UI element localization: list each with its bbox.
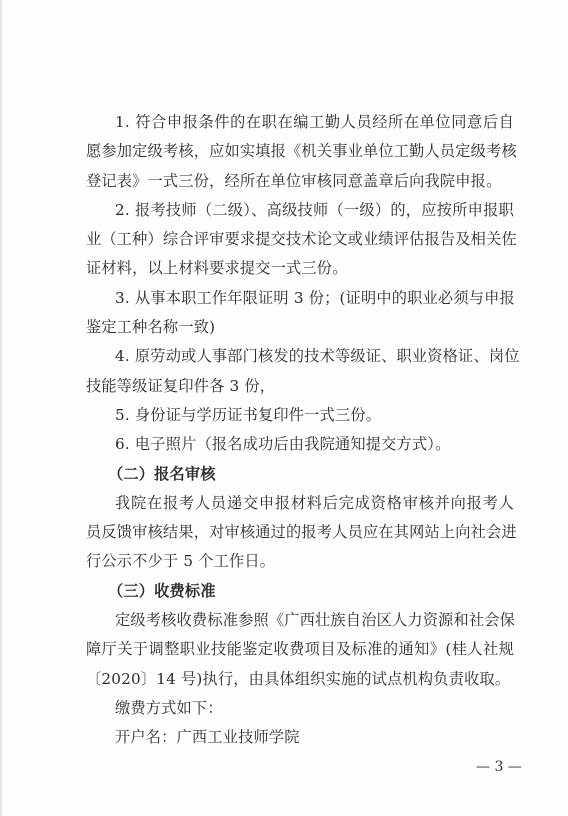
text-line: 行公示不少于 5 个工作日。 (86, 547, 514, 576)
text-line: 登记表》一式三份，经所在单位审核同意盖章后向我院申报。 (86, 167, 514, 196)
item-5: 5. 身份证与学历证书复印件一式三份。 (86, 401, 514, 430)
text-line: 5. 身份证与学历证书复印件一式三份。 (86, 401, 514, 430)
text-line: 2. 报考技师（二级）、高级技师（一级）的，应按所申报职 (86, 196, 514, 225)
text-line: 愿参加定级考核，应如实填报《机关事业单位工勤人员定级考核 (86, 137, 514, 166)
item-4: 4. 原劳动或人事部门核发的技术等级证、职业资格证、岗位 技能等级证复印件各 3… (86, 342, 514, 401)
section-review: （二）报名审核 我院在报考人员递交申报材料后完成资格审核并向报考人 员反馈审核结… (86, 460, 514, 577)
text-line: 我院在报考人员递交申报材料后完成资格审核并向报考人 (86, 489, 514, 518)
text-line: 〔2020〕14 号)执行，由具体组织实施的试点机构负责收取。 (86, 665, 514, 694)
section-heading: （二）报名审核 (86, 460, 514, 489)
document-page: 1. 符合申报条件的在职在编工勤人员经所在单位同意后自 愿参加定级考核，应如实填… (0, 0, 568, 816)
item-3: 3. 从事本职工作年限证明 3 份；(证明中的职业必须与申报 鉴定工种名称一致) (86, 284, 514, 343)
item-6: 6. 电子照片（报名成功后由我院通知提交方式）。 (86, 430, 514, 459)
text-line: 6. 电子照片（报名成功后由我院通知提交方式）。 (86, 430, 514, 459)
document-body: 1. 符合申报条件的在职在编工勤人员经所在单位同意后自 愿参加定级考核，应如实填… (86, 108, 514, 753)
text-line: 技能等级证复印件各 3 份， (86, 372, 514, 401)
payment-intro: 缴费方式如下： (86, 694, 514, 723)
text-line: 业（工种）综合评审要求提交技术论文或业绩评估报告及相关佐 (86, 225, 514, 254)
text-line: 3. 从事本职工作年限证明 3 份；(证明中的职业必须与申报 (86, 284, 514, 313)
text-line: 1. 符合申报条件的在职在编工勤人员经所在单位同意后自 (86, 108, 514, 137)
item-2: 2. 报考技师（二级）、高级技师（一级）的，应按所申报职 业（工种）综合评审要求… (86, 196, 514, 284)
page-number: — 3 — (476, 759, 522, 775)
text-line: 员反馈审核结果，对审核通过的报考人员应在其网站上向社会进 (86, 518, 514, 547)
text-line: 证材料，以上材料要求提交一式三份。 (86, 254, 514, 283)
account-name: 开户名：广西工业技师学院 (86, 723, 514, 752)
text-line: 4. 原劳动或人事部门核发的技术等级证、职业资格证、岗位 (86, 342, 514, 371)
text-line: 定级考核收费标准参照《广西壮族自治区人力资源和社会保 (86, 606, 514, 635)
item-1: 1. 符合申报条件的在职在编工勤人员经所在单位同意后自 愿参加定级考核，应如实填… (86, 108, 514, 196)
text-line: 障厅关于调整职业技能鉴定收费项目及标准的通知》(桂人社规 (86, 635, 514, 664)
section-fees: （三）收费标准 定级考核收费标准参照《广西壮族自治区人力资源和社会保 障厅关于调… (86, 577, 514, 753)
text-line: 鉴定工种名称一致) (86, 313, 514, 342)
section-heading: （三）收费标准 (86, 577, 514, 606)
